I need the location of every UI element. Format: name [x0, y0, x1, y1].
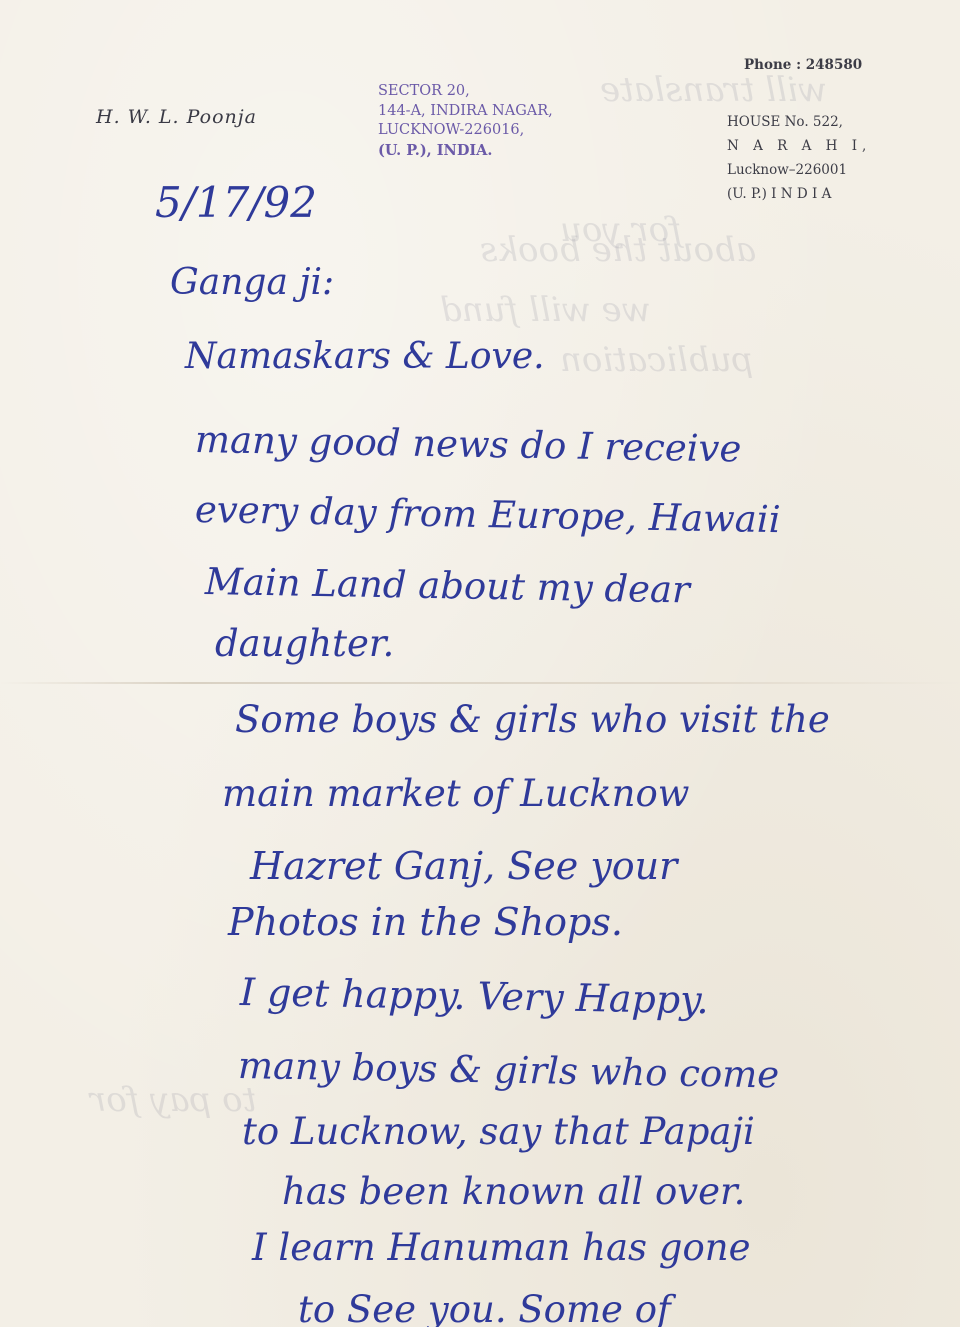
letter-line: many boys & girls who come: [238, 1044, 780, 1096]
letter-line: every day from Europe, Hawaii: [195, 488, 781, 541]
address-line: 144-A, INDIRA NAGAR,: [378, 102, 553, 122]
letter-salutation: Ganga ji:: [170, 262, 334, 303]
bleed-through-text: about the books: [480, 230, 756, 270]
letter-greeting: Namaskars & Love.: [185, 336, 545, 377]
address-line: (U. P.) I N D I A: [727, 182, 871, 206]
letterhead-primary-address: SECTOR 20, 144-A, INDIRA NAGAR, LUCKNOW-…: [378, 82, 553, 160]
letter-line: many good news do I receive: [195, 418, 742, 471]
letter-line: main market of Lucknow: [222, 772, 689, 815]
address-line: SECTOR 20,: [378, 82, 553, 102]
bleed-through-text: will translate: [600, 70, 827, 110]
letter-line: Some boys & girls who visit the: [235, 698, 830, 741]
address-line: HOUSE No. 522,: [727, 110, 871, 134]
address-line: N A R A H I,: [727, 134, 871, 158]
paper-fold-crease: [0, 682, 960, 684]
letter-line: I get happy. Very Happy.: [240, 970, 709, 1022]
address-line: (U. P.), INDIA.: [378, 141, 553, 161]
letter-line: has been known all over.: [282, 1170, 745, 1213]
letter-line: I learn Hanuman has gone: [252, 1226, 751, 1269]
letterhead-secondary-address: HOUSE No. 522, N A R A H I, Lucknow–2260…: [727, 110, 871, 206]
letter-line: daughter.: [215, 622, 394, 665]
letterhead-phone: Phone : 248580: [744, 57, 862, 73]
letter-line: Main Land about my dear: [205, 560, 691, 611]
letterhead-name: H. W. L. Poonja: [96, 106, 257, 128]
bleed-through-text: to pay for: [90, 1080, 256, 1120]
letter-line: Photos in the Shops.: [228, 900, 623, 944]
address-line: Lucknow–226001: [727, 158, 871, 182]
address-line: LUCKNOW-226016,: [378, 121, 553, 141]
letter-line: to Lucknow, say that Papaji: [242, 1110, 755, 1153]
letter-line: to See you. Some of: [298, 1288, 671, 1327]
letter-page: will translate for you about the books w…: [0, 0, 960, 1327]
bleed-through-text: we will fund: [440, 290, 651, 330]
letter-line: Hazret Ganj, See your: [250, 844, 677, 888]
letter-date: 5/17/92: [155, 178, 317, 227]
bleed-through-text: publication: [560, 340, 753, 380]
